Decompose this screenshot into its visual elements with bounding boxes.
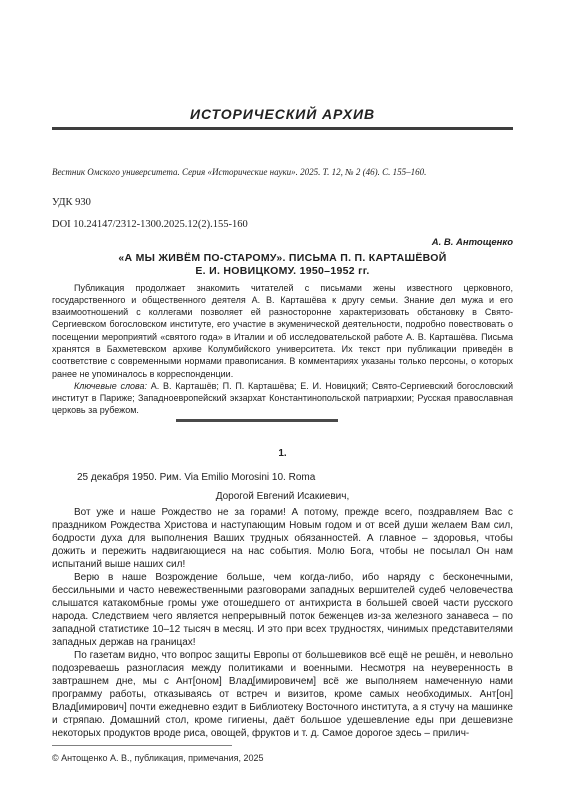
doi-code: DOI 10.24147/2312-1300.2025.12(2).155-16… <box>52 219 513 231</box>
author-name: А. В. Антощенко <box>52 237 513 248</box>
abstract-text: Публикация продолжает знакомить читателе… <box>52 282 513 380</box>
footnote-rule <box>52 745 232 746</box>
keywords-paragraph: Ключевые слова: А. В. Карташёв; П. П. Ка… <box>52 380 513 417</box>
letter-dateline: 25 декабря 1950. Рим. Via Emilio Morosin… <box>52 471 513 484</box>
article-title: «А МЫ ЖИВЁМ ПО-СТАРОМУ». ПИСЬМА П. П. КА… <box>52 252 513 278</box>
letter-salutation: Дорогой Евгений Исакиевич, <box>52 490 513 503</box>
copyright-line: © Антощенко А. В., публикация, примечани… <box>52 753 513 764</box>
rubric-header: ИСТОРИЧЕСКИЙ АРХИВ <box>52 106 513 122</box>
letter-paragraph-1: Вот уже и наше Рождество не за горами! А… <box>52 506 513 571</box>
journal-article-page: ИСТОРИЧЕСКИЙ АРХИВ Вестник Омского униве… <box>0 0 565 800</box>
journal-citation: Вестник Омского университета. Серия «Ист… <box>52 167 513 178</box>
letter-number: 1. <box>52 447 513 460</box>
udk-code: УДК 930 <box>52 197 513 209</box>
article-title-line-2: Е. И. НОВИЦКОМУ. 1950–1952 гг. <box>52 265 513 278</box>
letter-paragraph-3: По газетам видно, что вопрос защиты Евро… <box>52 649 513 740</box>
text-column: ИСТОРИЧЕСКИЙ АРХИВ Вестник Омского униве… <box>52 0 513 764</box>
article-title-line-1: «А МЫ ЖИВЁМ ПО-СТАРОМУ». ПИСЬМА П. П. КА… <box>52 252 513 265</box>
letter-paragraph-2: Верю в наше Возрождение больше, чем когд… <box>52 571 513 649</box>
section-divider <box>176 419 338 422</box>
keywords-label: Ключевые слова: <box>74 381 147 391</box>
header-rule <box>52 127 513 130</box>
